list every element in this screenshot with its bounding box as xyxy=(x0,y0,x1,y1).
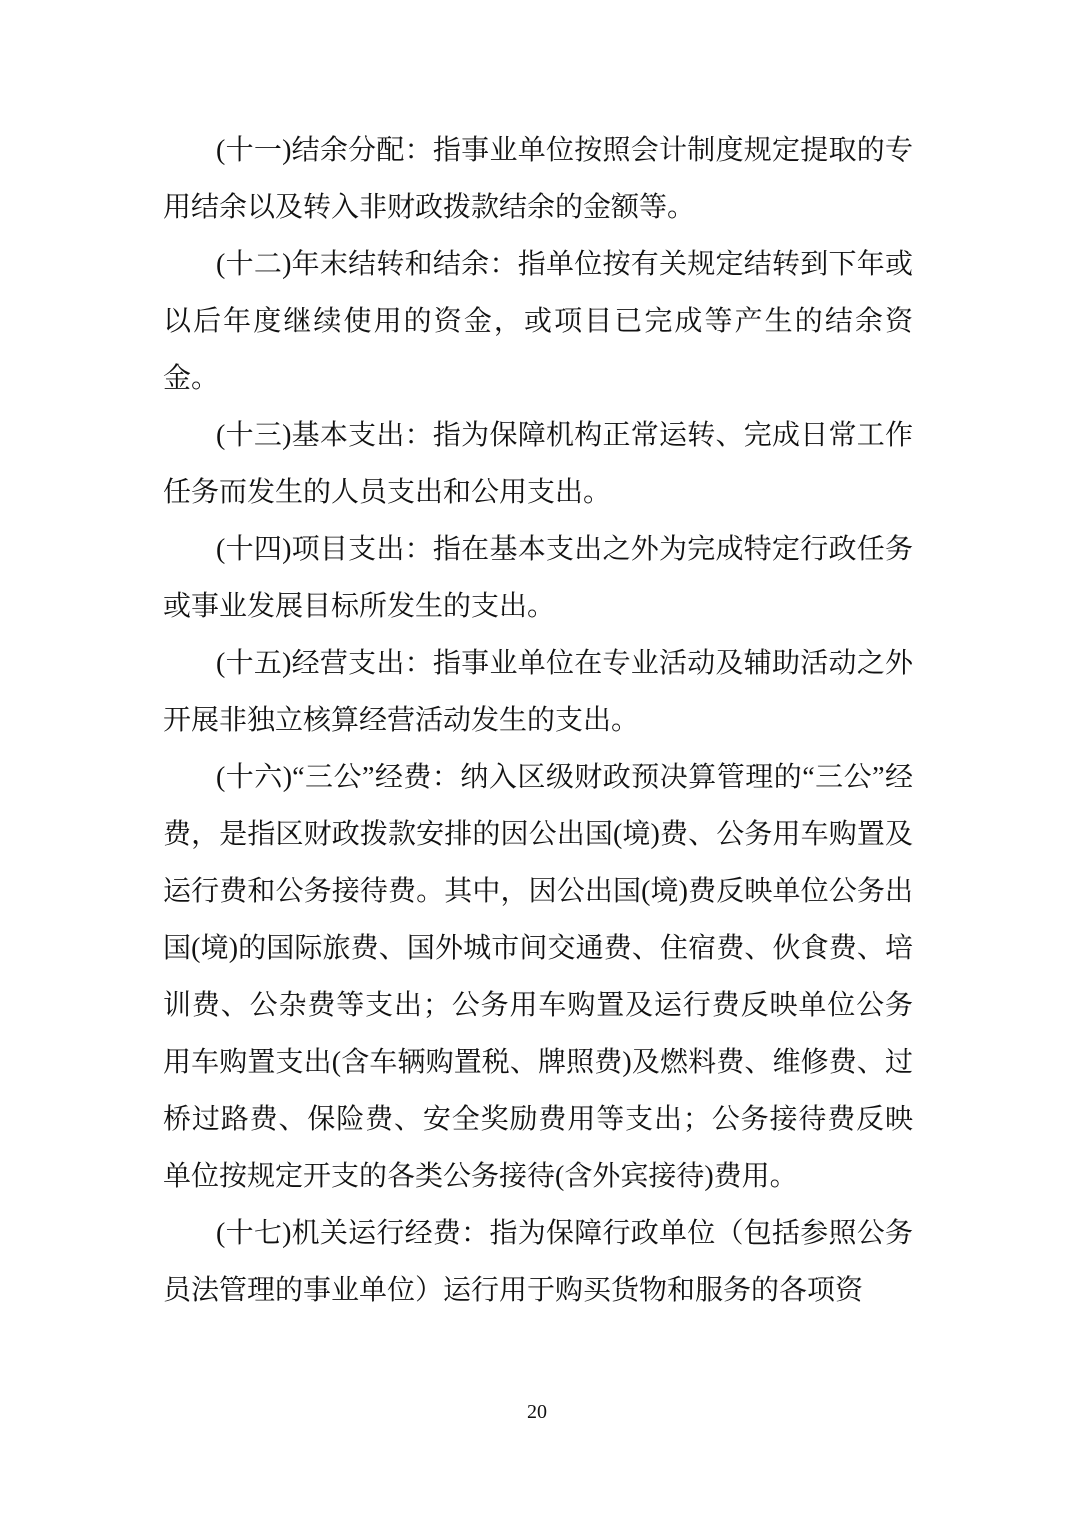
document-page: (十一)结余分配：指事业单位按照会计制度规定提取的专用结余以及转入非财政拨款结余… xyxy=(0,0,1074,1520)
paragraph-item-15: (十五)经营支出：指事业单位在专业活动及辅助活动之外开展非独立核算经营活动发生的… xyxy=(163,635,913,749)
paragraph-item-13: (十三)基本支出：指为保障机构正常运转、完成日常工作任务而发生的人员支出和公用支… xyxy=(163,407,913,521)
page-footer: 20 xyxy=(0,1398,1074,1426)
paragraph-item-11: (十一)结余分配：指事业单位按照会计制度规定提取的专用结余以及转入非财政拨款结余… xyxy=(163,122,913,236)
paragraph-item-14: (十四)项目支出：指在基本支出之外为完成特定行政任务或事业发展目标所发生的支出。 xyxy=(163,521,913,635)
paragraph-item-16: (十六)“三公”经费：纳入区级财政预决算管理的“三公”经费，是指区财政拨款安排的… xyxy=(163,749,913,1205)
document-body: (十一)结余分配：指事业单位按照会计制度规定提取的专用结余以及转入非财政拨款结余… xyxy=(163,122,913,1319)
paragraph-item-17: (十七)机关运行经费：指为保障行政单位（包括参照公务员法管理的事业单位）运行用于… xyxy=(163,1205,913,1319)
paragraph-item-12: (十二)年末结转和结余：指单位按有关规定结转到下年或以后年度继续使用的资金，或项… xyxy=(163,236,913,407)
page-number: 20 xyxy=(527,1401,547,1423)
